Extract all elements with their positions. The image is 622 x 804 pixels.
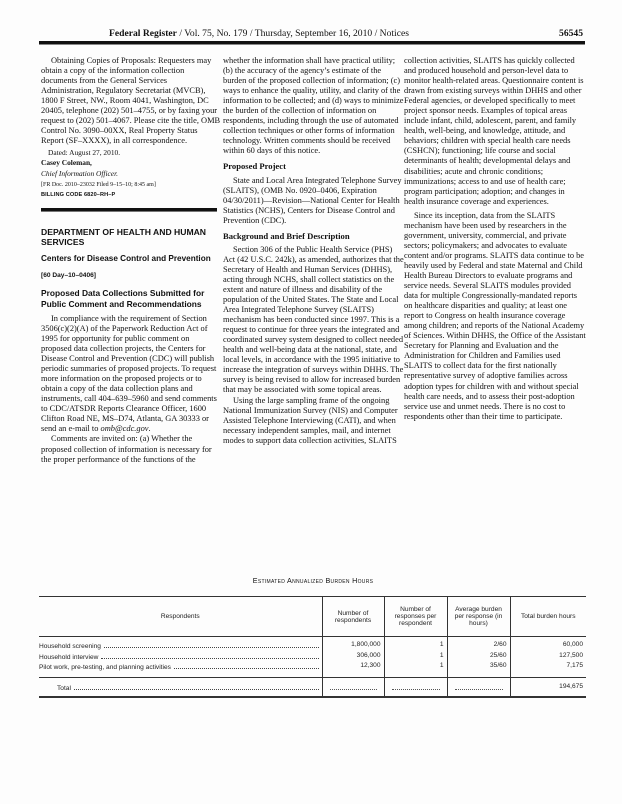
page-number: 56545 xyxy=(559,28,583,39)
compliance-end: . xyxy=(148,424,150,433)
subject-heading: Proposed Data Collections Submitted for … xyxy=(41,288,221,309)
comments-paragraph-continued: whether the information shall have pract… xyxy=(223,56,405,156)
leader-dots xyxy=(455,683,503,690)
fr-doc-line: [FR Doc. 2010–23032 Filed 9–15–10; 8:45 … xyxy=(41,180,221,190)
burden-hours-table: Respondents Number of respondents Number… xyxy=(39,596,586,698)
column-2: whether the information shall have pract… xyxy=(223,56,405,446)
cell-responses-per: 1 xyxy=(384,637,447,652)
agency-heading: Centers for Disease Control and Preventi… xyxy=(41,254,221,264)
cell-empty xyxy=(322,677,384,697)
cell-num-respondents: 1,800,000 xyxy=(322,637,384,652)
row-label: Household interview xyxy=(39,654,98,663)
running-head: Federal Register / Vol. 75, No. 179 / Th… xyxy=(109,28,409,39)
comments-paragraph: Comments are invited on: (a) Whether the… xyxy=(41,434,221,464)
cell-avg-burden: 35/60 xyxy=(447,662,510,677)
cell-responses-per: 1 xyxy=(384,652,447,663)
publication-name: Federal Register xyxy=(109,28,177,39)
cell-total-hours: 127,500 xyxy=(510,652,586,663)
comments-text: Comments are invited on: (a) Whether the… xyxy=(41,434,219,464)
sampling-paragraph: Using the large sampling frame of the on… xyxy=(223,396,405,446)
leader-dots xyxy=(104,641,319,648)
cell-num-respondents: 306,000 xyxy=(322,652,384,663)
leader-dots xyxy=(392,683,440,690)
col-header-num-respondents: Number of respondents xyxy=(322,597,384,637)
row-label: Household screening xyxy=(39,643,101,652)
proposed-project-paragraph: State and Local Area Integrated Telephon… xyxy=(223,176,405,226)
col-header-respondents: Respondents xyxy=(39,597,322,637)
table-caption: Estimated Annualized Burden Hours xyxy=(40,576,586,585)
cell-respondents: Household interview xyxy=(39,652,322,663)
obtaining-copies-paragraph: Obtaining Copies of Proposals: Requester… xyxy=(41,56,221,146)
cell-responses-per: 1 xyxy=(384,662,447,677)
cell-empty xyxy=(384,677,447,697)
table-total-row: Total 194,675 xyxy=(39,677,586,697)
compliance-text: In compliance with the requirement of Se… xyxy=(41,314,217,434)
leader-dots xyxy=(74,683,319,690)
cell-grand-total: 194,675 xyxy=(510,677,586,697)
department-heading: DEPARTMENT OF HEALTH AND HUMAN SERVICES xyxy=(41,227,221,247)
sampling-paragraph-continued: collection activities, SLAITS has quickl… xyxy=(404,56,586,207)
section306-paragraph: Section 306 of the Public Health Service… xyxy=(223,245,405,396)
email-address: omb@cdc.gov xyxy=(101,424,149,433)
signer-name: Casey Coleman, xyxy=(41,158,221,168)
row-label: Pilot work, pre-testing, and planning ac… xyxy=(39,664,171,673)
cell-avg-burden: 25/60 xyxy=(447,652,510,663)
background-heading: Background and Brief Description xyxy=(223,231,405,241)
notice-separator xyxy=(41,208,217,212)
cell-total-hours: 60,000 xyxy=(510,637,586,652)
total-label: Total xyxy=(57,685,71,694)
col-header-avg-burden: Average burden per response (in hours) xyxy=(447,597,510,637)
inception-paragraph: Since its inception, data from the SLAIT… xyxy=(404,211,586,422)
cell-total-hours: 7,175 xyxy=(510,662,586,677)
signer-title: Chief Information Officer. xyxy=(41,169,221,179)
dated-line: Dated: August 27, 2010. xyxy=(41,148,221,158)
col-header-responses-per: Number of responses per respondent xyxy=(384,597,447,637)
leader-dots xyxy=(174,662,319,669)
col-header-total-hours: Total burden hours xyxy=(510,597,586,637)
cell-avg-burden: 2/60 xyxy=(447,637,510,652)
column-1: Obtaining Copies of Proposals: Requester… xyxy=(41,56,221,464)
docket-number: [60 Day–10–0406] xyxy=(41,271,221,281)
sampling-text: Using the large sampling frame of the on… xyxy=(223,396,403,446)
cell-empty xyxy=(447,677,510,697)
table-header-row: Respondents Number of respondents Number… xyxy=(39,597,586,637)
table-row: Household screening 1,800,000 1 2/60 60,… xyxy=(39,637,586,652)
cell-total-label: Total xyxy=(39,677,322,697)
billing-code: BILLING CODE 6820–RH–P xyxy=(41,190,221,200)
leader-dots xyxy=(101,652,318,659)
table-row: Household interview 306,000 1 25/60 127,… xyxy=(39,652,586,663)
compliance-paragraph: In compliance with the requirement of Se… xyxy=(41,314,221,435)
page-header: Federal Register / Vol. 75, No. 179 / Th… xyxy=(39,25,585,45)
proposed-project-heading: Proposed Project xyxy=(223,161,405,171)
column-3: collection activities, SLAITS has quickl… xyxy=(404,56,586,422)
table-row: Pilot work, pre-testing, and planning ac… xyxy=(39,662,586,677)
leader-dots xyxy=(330,683,377,690)
issue-info: / Vol. 75, No. 179 / Thursday, September… xyxy=(177,28,409,39)
cell-respondents: Household screening xyxy=(39,637,322,652)
cell-num-respondents: 12,300 xyxy=(322,662,384,677)
cell-respondents: Pilot work, pre-testing, and planning ac… xyxy=(39,662,322,677)
header-rule xyxy=(39,41,585,45)
